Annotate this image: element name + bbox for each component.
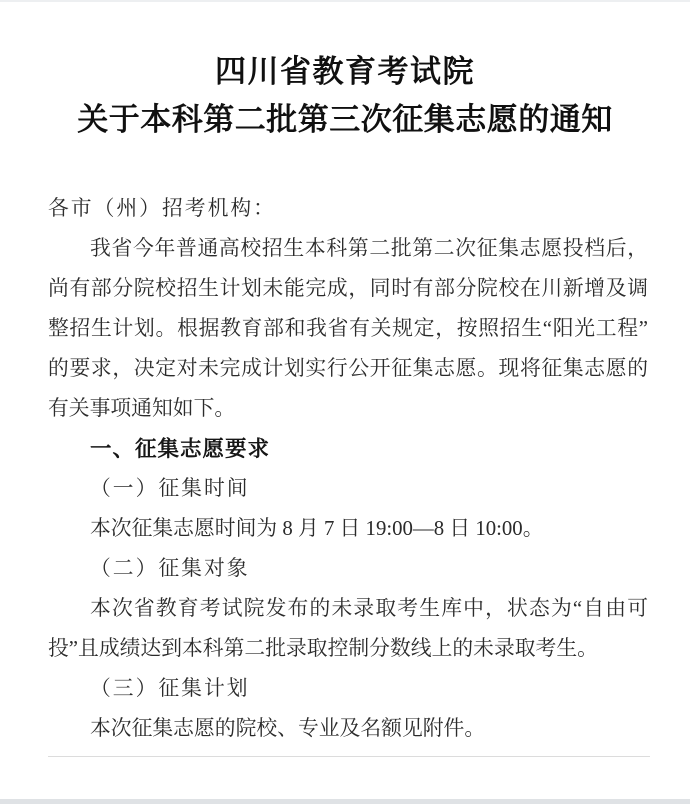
doc-line: 一、征集志愿要求	[48, 429, 648, 469]
doc-line: 整招生计划。根据教育部和我省有关规定，按照招生“阳光工程”	[48, 309, 648, 349]
doc-block-para: 本次征集志愿时间为 8 月 7 日 19:00—8 日 10:00。	[48, 509, 648, 549]
doc-line: 本次征集志愿的院校、专业及名额见附件。	[48, 709, 648, 749]
page-top-edge	[0, 0, 690, 2]
doc-line: 有关事项通知如下。	[48, 389, 648, 429]
doc-block-subheading: （二）征集对象	[48, 549, 648, 589]
doc-line: 投”且成绩达到本科第二批录取控制分数线上的未录取考生。	[48, 629, 648, 669]
doc-block-para: 我省今年普通高校招生本科第二批第二次征集志愿投档后，尚有部分院校招生计划未能完成…	[48, 229, 648, 429]
doc-block-heading: 一、征集志愿要求	[48, 429, 648, 469]
doc-line: 本次征集志愿时间为 8 月 7 日 19:00—8 日 10:00。	[48, 509, 648, 549]
document-title: 四川省教育考试院 关于本科第二批第三次征集志愿的通知	[0, 0, 690, 144]
doc-line: （二）征集对象	[48, 549, 648, 589]
title-line-subject: 关于本科第二批第三次征集志愿的通知	[0, 96, 690, 144]
notice-document-page: 四川省教育考试院 关于本科第二批第三次征集志愿的通知 各市（州）招考机构：我省今…	[0, 0, 690, 804]
doc-block-salutation: 各市（州）招考机构：	[48, 189, 648, 229]
doc-line: 我省今年普通高校招生本科第二批第二次征集志愿投档后，	[48, 229, 648, 269]
page-bottom-edge	[0, 799, 690, 804]
doc-block-subheading: （三）征集计划	[48, 669, 648, 709]
title-line-issuer: 四川省教育考试院	[0, 47, 690, 96]
bottom-divider	[48, 756, 650, 757]
doc-line: （三）征集计划	[48, 669, 648, 709]
doc-line: 尚有部分院校招生计划未能完成，同时有部分院校在川新增及调	[48, 269, 648, 309]
doc-block-subheading: （一）征集时间	[48, 469, 648, 509]
doc-block-para: 本次省教育考试院发布的未录取考生库中，状态为“自由可投”且成绩达到本科第二批录取…	[48, 589, 648, 669]
doc-line: 的要求，决定对未完成计划实行公开征集志愿。现将征集志愿的	[48, 349, 648, 389]
doc-line: 各市（州）招考机构：	[48, 189, 648, 229]
doc-line: 本次省教育考试院发布的未录取考生库中，状态为“自由可	[48, 589, 648, 629]
doc-block-para: 本次征集志愿的院校、专业及名额见附件。	[48, 709, 648, 749]
doc-line: （一）征集时间	[48, 469, 648, 509]
document-body: 各市（州）招考机构：我省今年普通高校招生本科第二批第二次征集志愿投档后，尚有部分…	[48, 189, 648, 749]
